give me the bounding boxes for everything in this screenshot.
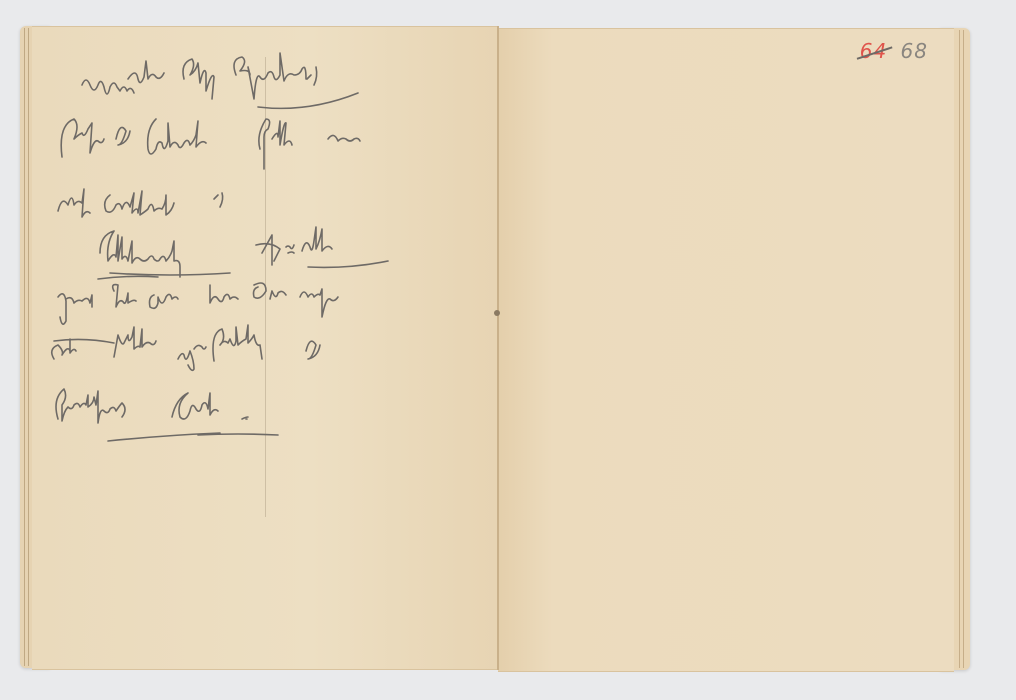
binding-gutter xyxy=(497,26,499,670)
notebook-scan: 33 gegen alle bloß Gesinnsamkeit! Auf de… xyxy=(0,0,1016,700)
page-number-top: 64 68 xyxy=(860,39,928,63)
page-edge xyxy=(963,30,964,668)
page-edge xyxy=(959,30,960,668)
struck-page-number: 64 xyxy=(860,39,887,63)
page-number: 68 xyxy=(901,39,928,63)
right-page: 64 68 xyxy=(498,28,954,672)
left-page: 33 gegen alle bloß Gesinnsamkeit! Auf de… xyxy=(32,26,498,670)
page-edge xyxy=(28,28,29,666)
page-edge xyxy=(24,28,25,666)
staple-hole xyxy=(494,310,500,316)
handwriting-strokes xyxy=(32,27,498,669)
